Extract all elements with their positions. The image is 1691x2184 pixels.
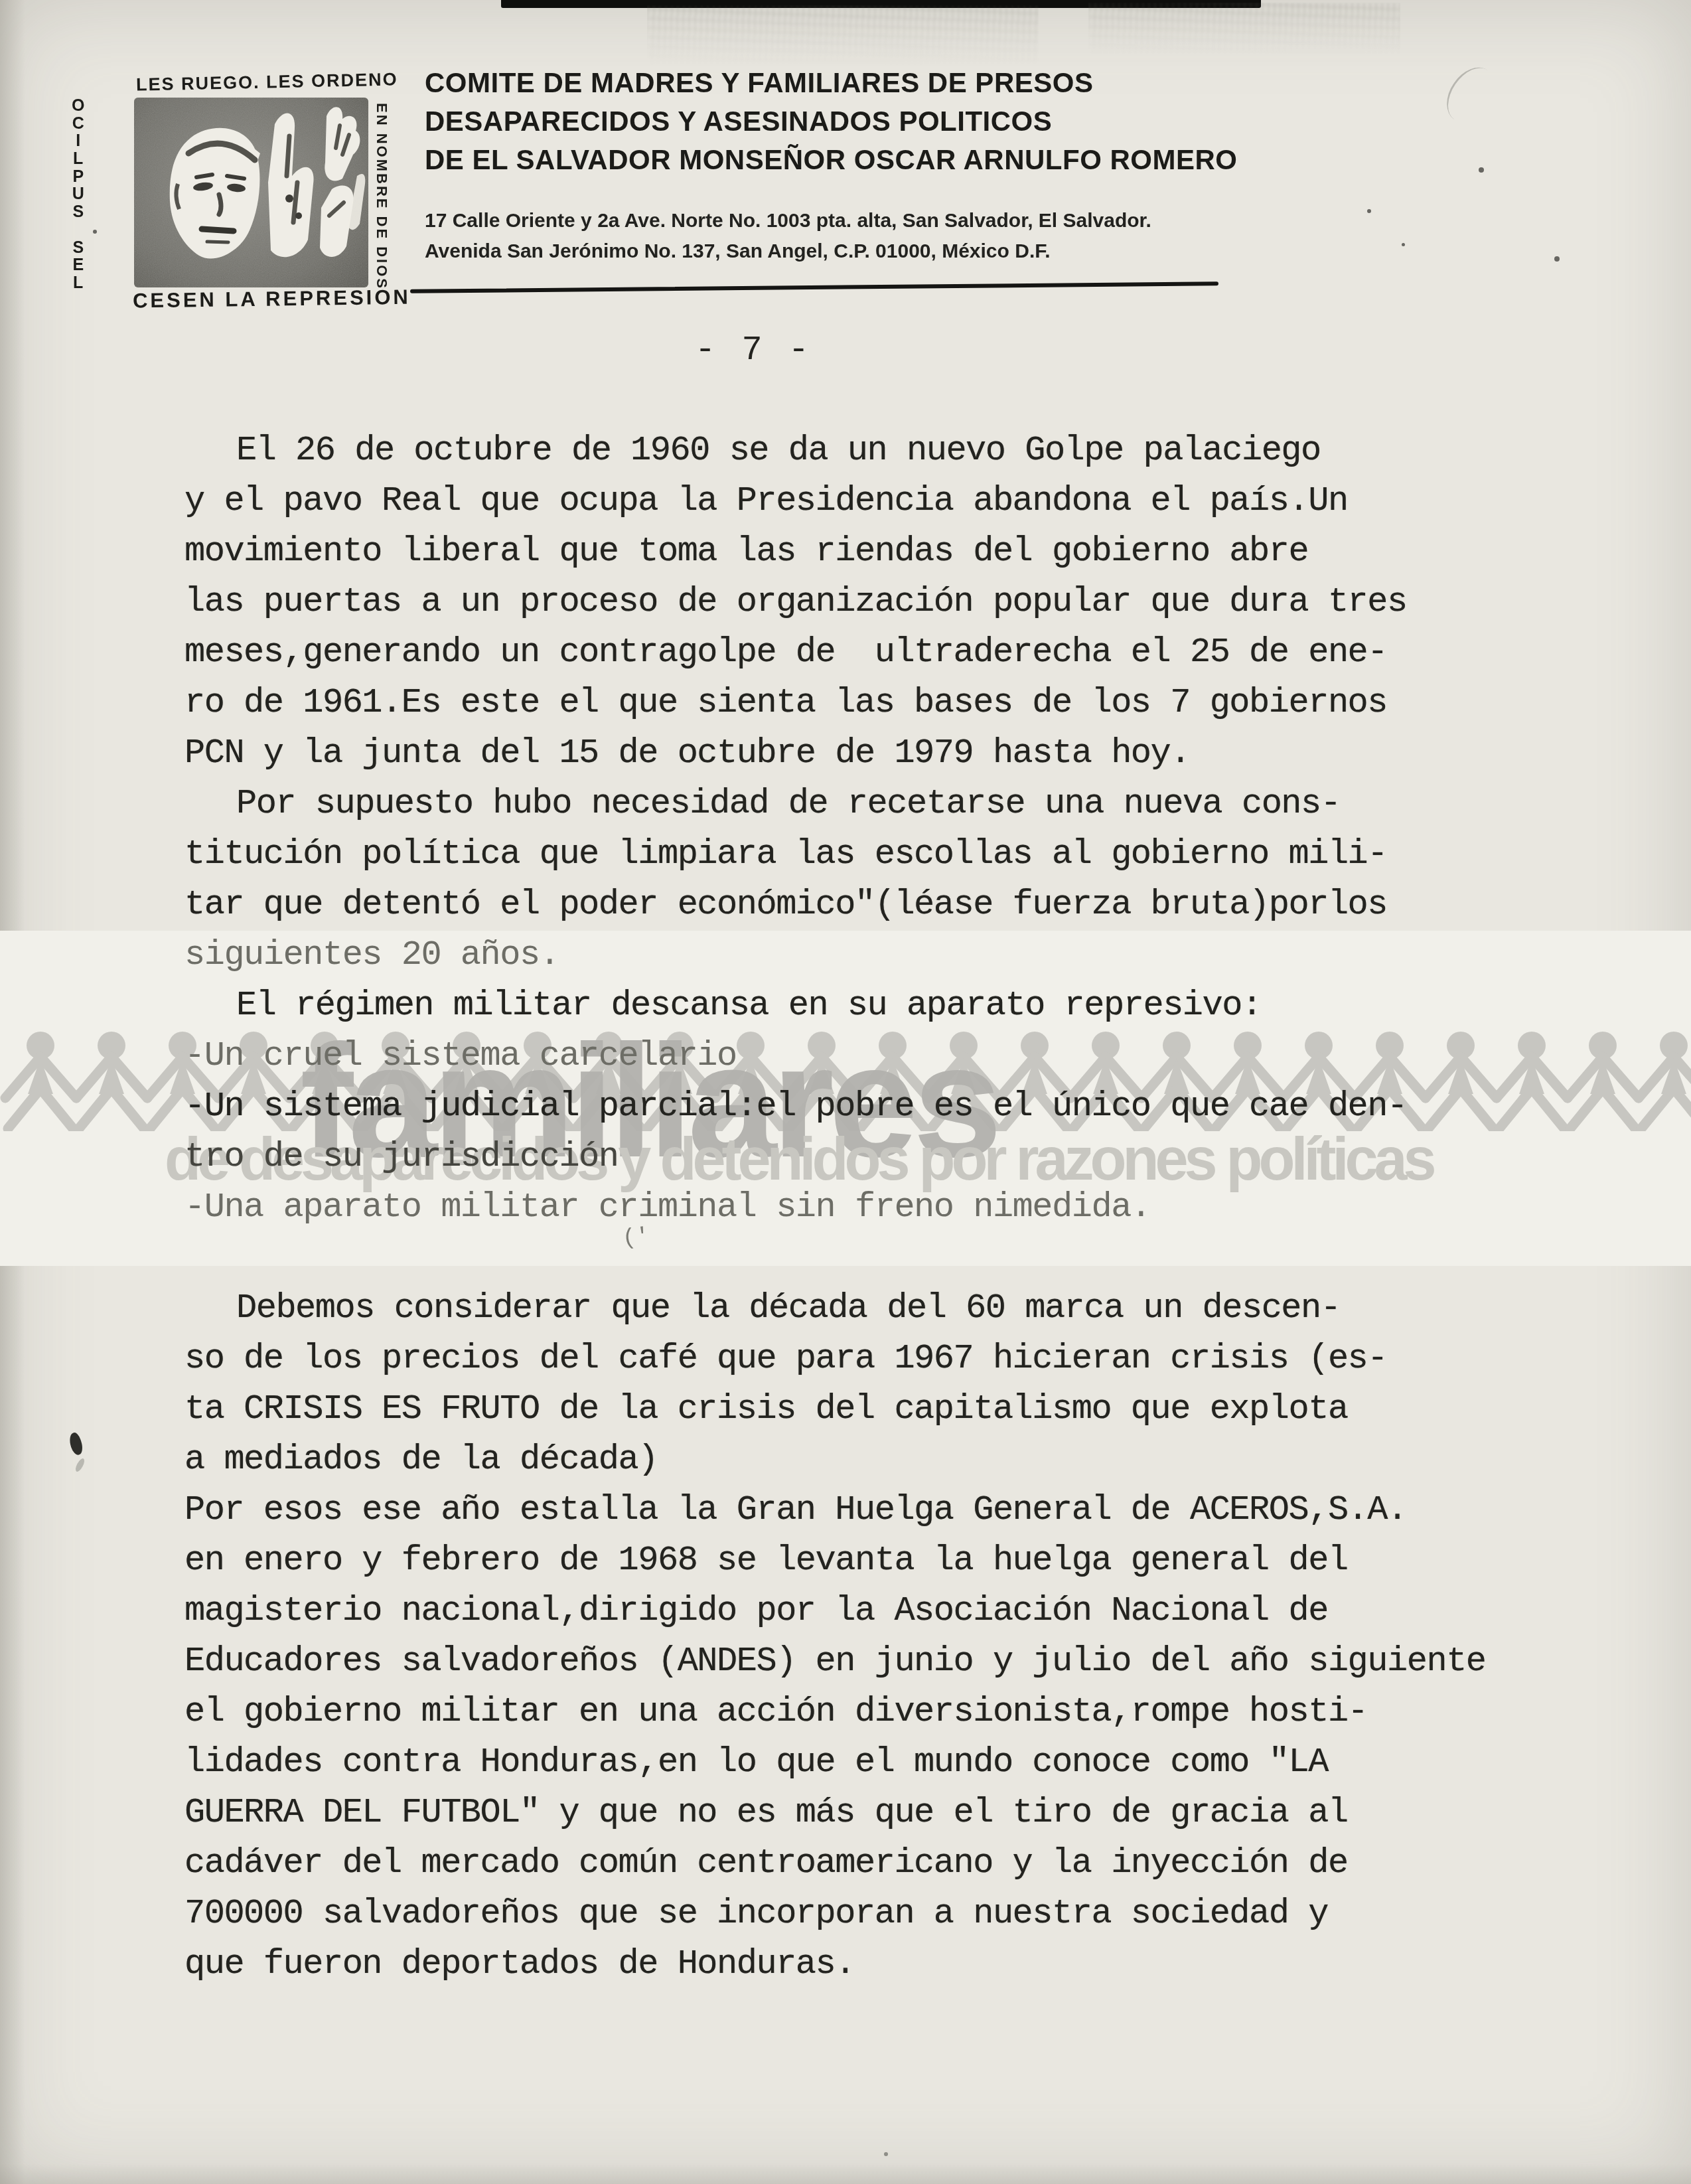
typed-line: que fueron deportados de Honduras. [184, 1939, 1605, 1989]
scanned-document-page: LES RUEGO. LES ORDENO [0, 0, 1691, 2184]
typed-line: tro de su jurisdicción [184, 1132, 1605, 1182]
typed-line: ta CRISIS ES FRUTO de la crisis del capi… [184, 1384, 1605, 1435]
stamp-top-text: LES RUEGO. LES ORDENO [136, 70, 366, 95]
typed-line: el gobierno militar en una acción divers… [184, 1687, 1605, 1737]
bleed-through-smudge [1088, 3, 1400, 56]
org-address-line: Avenida San Jerónimo No. 137, San Angel,… [425, 236, 1237, 267]
dust-speck [1479, 167, 1484, 173]
typed-line: Por supuesto hubo necesidad de recetarse… [184, 779, 1605, 829]
typed-line: El 26 de octubre de 1960 se da un nuevo … [184, 426, 1605, 476]
typed-line: siguientes 20 años. [184, 930, 1605, 980]
typed-line: GUERRA DEL FUTBOL" y que no es más que e… [184, 1788, 1605, 1838]
dust-speck [1367, 209, 1371, 213]
stray-ink-mark: (' [621, 1224, 651, 1252]
typed-body-text: El 26 de octubre de 1960 se da un nuevo … [184, 426, 1605, 1989]
stamp-left-text: OCILPUS SEL [72, 98, 84, 291]
typed-line: titución política que limpiara las escol… [184, 829, 1605, 880]
typed-line: PCN y la junta del 15 de octubre de 1979… [184, 728, 1605, 779]
organization-letterhead: COMITE DE MADRES Y FAMILIARES DE PRESOS … [425, 64, 1237, 267]
dust-speck [1554, 256, 1560, 262]
dust-speck [884, 2152, 888, 2156]
stamp-bottom-text: CESEN LA REPRESION [133, 286, 368, 313]
typed-line: Educadores salvadoreños (ANDES) en junio… [184, 1636, 1605, 1687]
typed-line: tar que detentó el poder económico"(léas… [184, 880, 1605, 930]
org-title-line: DESAPARECIDOS Y ASESINADOS POLITICOS [425, 102, 1237, 141]
typed-line: ro de 1961.Es este el que sienta las bas… [184, 678, 1605, 728]
stamp-right-text: EN NOMBRE DE DIOS [373, 103, 390, 292]
typed-line: las puertas a un proceso de organización… [184, 577, 1605, 627]
committee-stamp-logo: LES RUEGO. LES ORDENO [66, 63, 411, 315]
typed-line: a mediados de la década) [184, 1435, 1605, 1485]
letterhead-divider [410, 281, 1218, 293]
typed-line: -Una aparato militar criminal sin freno … [184, 1182, 1605, 1233]
org-address-line: 17 Calle Oriente y 2a Ave. Norte No. 100… [425, 206, 1237, 236]
typed-line: -Un sistema judicial parcial:el pobre es… [184, 1081, 1605, 1132]
typed-line: so de los precios del café que para 1967… [184, 1334, 1605, 1384]
typed-line: cadáver del mercado común centroamerican… [184, 1838, 1605, 1889]
romero-stamp-icon [133, 96, 370, 289]
typed-line [184, 1233, 1605, 1283]
typed-line: 700000 salvadoreños que se incorporan a … [184, 1889, 1605, 1939]
dust-speck [1402, 243, 1405, 246]
bleed-through-smudge [647, 5, 1039, 66]
typed-line: Por esos ese año estalla la Gran Huelga … [184, 1485, 1605, 1535]
typed-line: lidades contra Honduras,en lo que el mun… [184, 1737, 1605, 1788]
typed-line: -Un cruel sistema carcelario [184, 1031, 1605, 1081]
typed-line: magisterio nacional,dirigido por la Asoc… [184, 1586, 1605, 1636]
typed-line: y el pavo Real que ocupa la Presidencia … [184, 476, 1605, 526]
typed-line: meses,generando un contragolpe de ultrad… [184, 627, 1605, 678]
scratch-mark [1437, 58, 1505, 131]
typed-line: movimiento liberal que toma las riendas … [184, 526, 1605, 577]
page-number: - 7 - [677, 331, 830, 370]
scan-edge-shadow-bottom [0, 2164, 1691, 2184]
typed-line: El régimen militar descansa en su aparat… [184, 980, 1605, 1031]
typed-line: Debemos considerar que la década del 60 … [184, 1283, 1605, 1334]
ink-blot-tail [74, 1457, 86, 1473]
dust-speck [93, 230, 97, 234]
org-title-line: DE EL SALVADOR MONSEÑOR OSCAR ARNULFO RO… [425, 141, 1237, 179]
ink-blot [67, 1431, 85, 1456]
org-title-line: COMITE DE MADRES Y FAMILIARES DE PRESOS [425, 64, 1237, 102]
typed-line: en enero y febrero de 1968 se levanta la… [184, 1535, 1605, 1586]
